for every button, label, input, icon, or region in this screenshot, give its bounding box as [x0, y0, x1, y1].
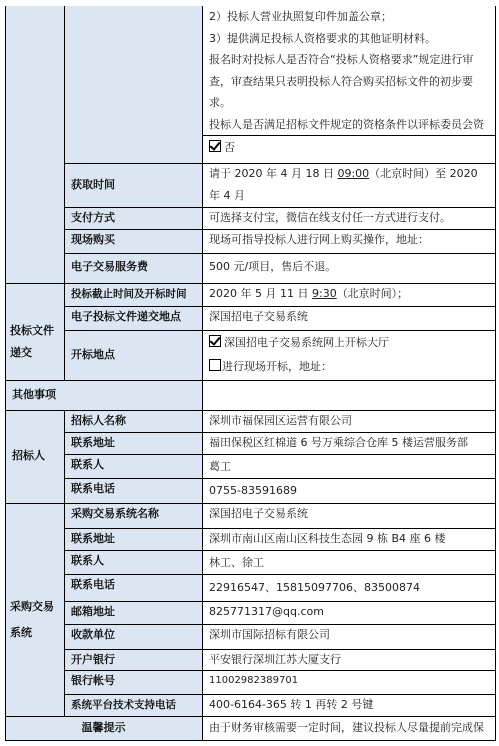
label-tenderer-address: 联系地址	[64, 432, 202, 454]
value-bank: 平安银行深圳江苏大厦支行	[202, 649, 496, 670]
tender-info-table: 投标文件 递交 其他事项 招标人 采购交易 系统 温馨提示 获取时间 支付方式 …	[5, 6, 496, 741]
label-deadline: 投标截止时间及开标时间	[64, 283, 202, 306]
qualification-line: 投标人是否满足招标文件规定的资格条件以评标委员会资	[209, 114, 489, 136]
checkbox-online-checked[interactable]	[209, 335, 221, 347]
label-tenderer-phone: 联系电话	[64, 478, 202, 503]
border-bottom	[5, 740, 496, 741]
qualification-text: 2）投标人营业执照复印件加盖公章； 3）提供满足投标人资格要求的其他证明材料。 …	[202, 6, 496, 135]
row-divider	[64, 574, 496, 575]
row-divider	[64, 163, 496, 164]
value-account: 11002982389701	[202, 670, 496, 694]
label-tenderer-name: 招标人名称	[64, 410, 202, 432]
row-divider	[64, 478, 496, 479]
label-system-name: 采购交易系统名称	[64, 503, 202, 528]
row-divider	[64, 670, 496, 671]
section-label-procurement-1: 采购交易	[10, 594, 54, 620]
value-onsite: 现场可指导投标人进行网上购买操作，地址：	[202, 229, 496, 253]
qualification-label-cell	[64, 6, 202, 163]
value-deadline: 2020 年 5 月 11 日 9:30（北京时间）；	[202, 283, 496, 306]
label-system-contact: 联系人	[64, 550, 202, 574]
value-tech-support: 400-6164-365 转 1 再转 2 号键	[202, 694, 496, 716]
tip-label: 温馨提示	[5, 716, 202, 741]
value-acquisition-time: 请于 2020 年 4 月 18 日 09:00（北京时间）至 2020 年 4…	[202, 163, 496, 207]
qualification-line: 3）提供满足投标人资格要求的其他证明材料。	[209, 28, 489, 50]
section-cell-submission: 投标文件 递交	[5, 283, 64, 380]
row-divider	[64, 624, 496, 625]
row-divider	[64, 432, 496, 433]
value-fee: 500 元/项目，售后不退。	[202, 253, 496, 283]
row-divider	[64, 601, 496, 602]
label-tenderer-contact: 联系人	[64, 454, 202, 478]
value-tenderer-address: 福田保税区红棉道 6 号万乘综合仓库 5 楼运营服务部	[202, 432, 496, 454]
border-left	[5, 6, 6, 741]
row-divider	[202, 135, 496, 136]
text: （北京时间）；	[337, 287, 409, 300]
label-system-phone: 联系电话	[64, 574, 202, 601]
row-divider	[64, 649, 496, 650]
value-system-email: 825771317@qq.com	[202, 601, 496, 624]
value-tenderer-name: 深圳市福保园区运营有限公司	[202, 410, 496, 432]
value-submit-location: 深国招电子交易系统	[202, 306, 496, 330]
qualification-line: 2）投标人营业执照复印件加盖公章；	[209, 6, 489, 28]
section-cell-acquisition	[5, 6, 64, 283]
label-system-address: 联系地址	[64, 528, 202, 550]
section-label-submission-1: 投标文件	[10, 320, 54, 342]
no-option-label: 否	[224, 141, 235, 154]
qualification-line: 报名时对投标人是否符合“投标人资格要求”规定进行审	[209, 49, 489, 71]
no-option-cell: 否	[202, 135, 496, 163]
row-divider	[64, 528, 496, 529]
value-other-matters	[202, 380, 496, 410]
border-col2	[202, 6, 203, 741]
row-divider	[5, 283, 496, 284]
section-label-procurement-2: 系统	[10, 620, 54, 646]
other-matters-label: 其他事项	[5, 380, 202, 410]
acquisition-time-line1: 请于 2020 年 4 月 18 日 09:00（北京时间）至 2020 年 4…	[209, 163, 489, 207]
opening-option-online: 深国招电子交易系统网上开标大厅	[209, 331, 489, 355]
label-payment: 支付方式	[64, 207, 202, 229]
section-cell-procurement-system: 采购交易 系统	[5, 503, 64, 716]
label-account: 银行帐号	[64, 670, 202, 694]
label-bank: 开户银行	[64, 649, 202, 670]
border-col1	[64, 6, 65, 380]
opening-option-onsite: 进行现场开标，地址：	[209, 355, 489, 379]
label-fee: 电子交易服务费	[64, 253, 202, 283]
label-system-email: 邮箱地址	[64, 601, 202, 624]
section-cell-tenderer: 招标人	[5, 410, 64, 503]
deadline-time: 9:30	[312, 287, 337, 300]
start-time: 09:00	[337, 167, 369, 180]
value-system-contact: 林工、徐工	[202, 550, 496, 574]
label-tech-support: 系统平台技术支持电话	[64, 694, 202, 716]
row-divider	[5, 716, 496, 717]
section-label-submission-2: 递交	[10, 342, 54, 364]
row-divider	[64, 550, 496, 551]
value-payee: 深圳市国际招标有限公司	[202, 624, 496, 649]
label-payee: 收款单位	[64, 624, 202, 649]
text: 2020 年 5 月 11 日	[209, 287, 312, 300]
value-system-name: 深国招电子交易系统	[202, 503, 496, 528]
row-divider	[64, 207, 496, 208]
checkbox-no-checked[interactable]	[209, 140, 221, 152]
value-opening-location: 深国招电子交易系统网上开标大厅 进行现场开标，地址：	[202, 330, 496, 380]
row-divider	[64, 694, 496, 695]
value-tenderer-phone: 0755-83591689	[202, 478, 496, 503]
row-divider	[64, 306, 496, 307]
value-tip: 由于财务审核需要一定时间，建议投标人尽量提前完成保	[202, 716, 496, 741]
label-submit-location: 电子投标文件递交地点	[64, 306, 202, 330]
text: 请于 2020 年 4 月 18 日	[209, 167, 337, 180]
value-system-phone: 22916547、15815097706、83500874	[202, 574, 496, 601]
value-tenderer-contact: 葛工	[202, 454, 496, 478]
row-divider	[5, 410, 496, 411]
value-system-address: 深圳市南山区南山区科技生态园 9 栋 B4 座 6 楼	[202, 528, 496, 550]
checkbox-onsite-unchecked[interactable]	[209, 359, 221, 371]
row-divider	[64, 253, 496, 254]
section-label-tenderer: 招标人	[12, 445, 45, 467]
value-payment: 可选择支付宝，微信在线支付任一方式进行支付。	[202, 207, 496, 229]
row-divider	[64, 330, 496, 331]
opening-onsite-label: 进行现场开标，地址：	[222, 360, 332, 373]
row-divider	[64, 454, 496, 455]
row-divider	[64, 229, 496, 230]
label-opening-location: 开标地点	[64, 330, 202, 380]
label-acquisition-time: 获取时间	[64, 163, 202, 207]
label-onsite: 现场购买	[64, 229, 202, 253]
row-divider	[5, 503, 496, 504]
row-divider	[5, 380, 496, 381]
qualification-line: 查，审查结果只表明投标人符合购买招标文件的初步要求。	[209, 71, 489, 114]
opening-online-label: 深国招电子交易系统网上开标大厅	[224, 336, 389, 349]
border-right	[495, 6, 496, 741]
